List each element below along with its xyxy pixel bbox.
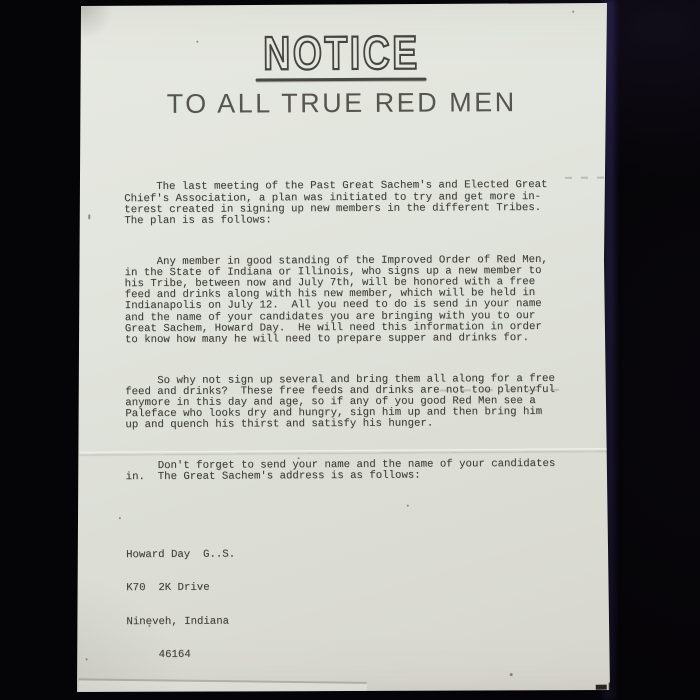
paper-speck <box>407 505 409 507</box>
paper-speck <box>88 214 90 219</box>
paper-speck <box>572 11 574 13</box>
corner-ink-mark <box>596 685 607 690</box>
address-line-city: Nineveh, Indiana <box>126 614 588 628</box>
address-block: Howard Day G..S. K70 2K Drive Nineveh, I… <box>126 525 589 684</box>
address-line-zip: 46164 <box>127 648 589 662</box>
paragraph-reminder: Don't forget to send your name and the n… <box>126 459 588 484</box>
address-line-street: K70 2K Drive <box>126 581 588 595</box>
paper-speck <box>510 673 513 676</box>
paragraph-plan-intro: The last meeting of the Past Great Sache… <box>124 180 586 227</box>
title-underline <box>256 78 427 82</box>
typed-body: The last meeting of the Past Great Sache… <box>124 158 589 700</box>
paper-sheet: NOTICE TO ALL TRUE RED MEN The last meet… <box>0 0 700 700</box>
fold-crease-dash-right <box>565 177 607 179</box>
document-content: NOTICE TO ALL TRUE RED MEN The last meet… <box>0 0 700 700</box>
notice-title: NOTICE <box>131 28 552 77</box>
bottom-edge-curl-light <box>79 680 367 696</box>
notice-subtitle: TO ALL TRUE RED MEN <box>79 87 605 121</box>
paragraph-sign-up-appeal: So why not sign up several and bring the… <box>125 373 587 431</box>
address-line-name: Howard Day G..S. <box>126 547 588 561</box>
paper-speck <box>86 658 88 660</box>
paper-speck <box>148 625 150 627</box>
paper-speck <box>119 517 121 519</box>
paper-speck <box>298 457 300 459</box>
paper-speck <box>196 41 198 43</box>
paragraph-membership-plan: Any member in good standing of the Impro… <box>125 254 587 346</box>
photo-background: NOTICE TO ALL TRUE RED MEN The last meet… <box>0 0 700 700</box>
